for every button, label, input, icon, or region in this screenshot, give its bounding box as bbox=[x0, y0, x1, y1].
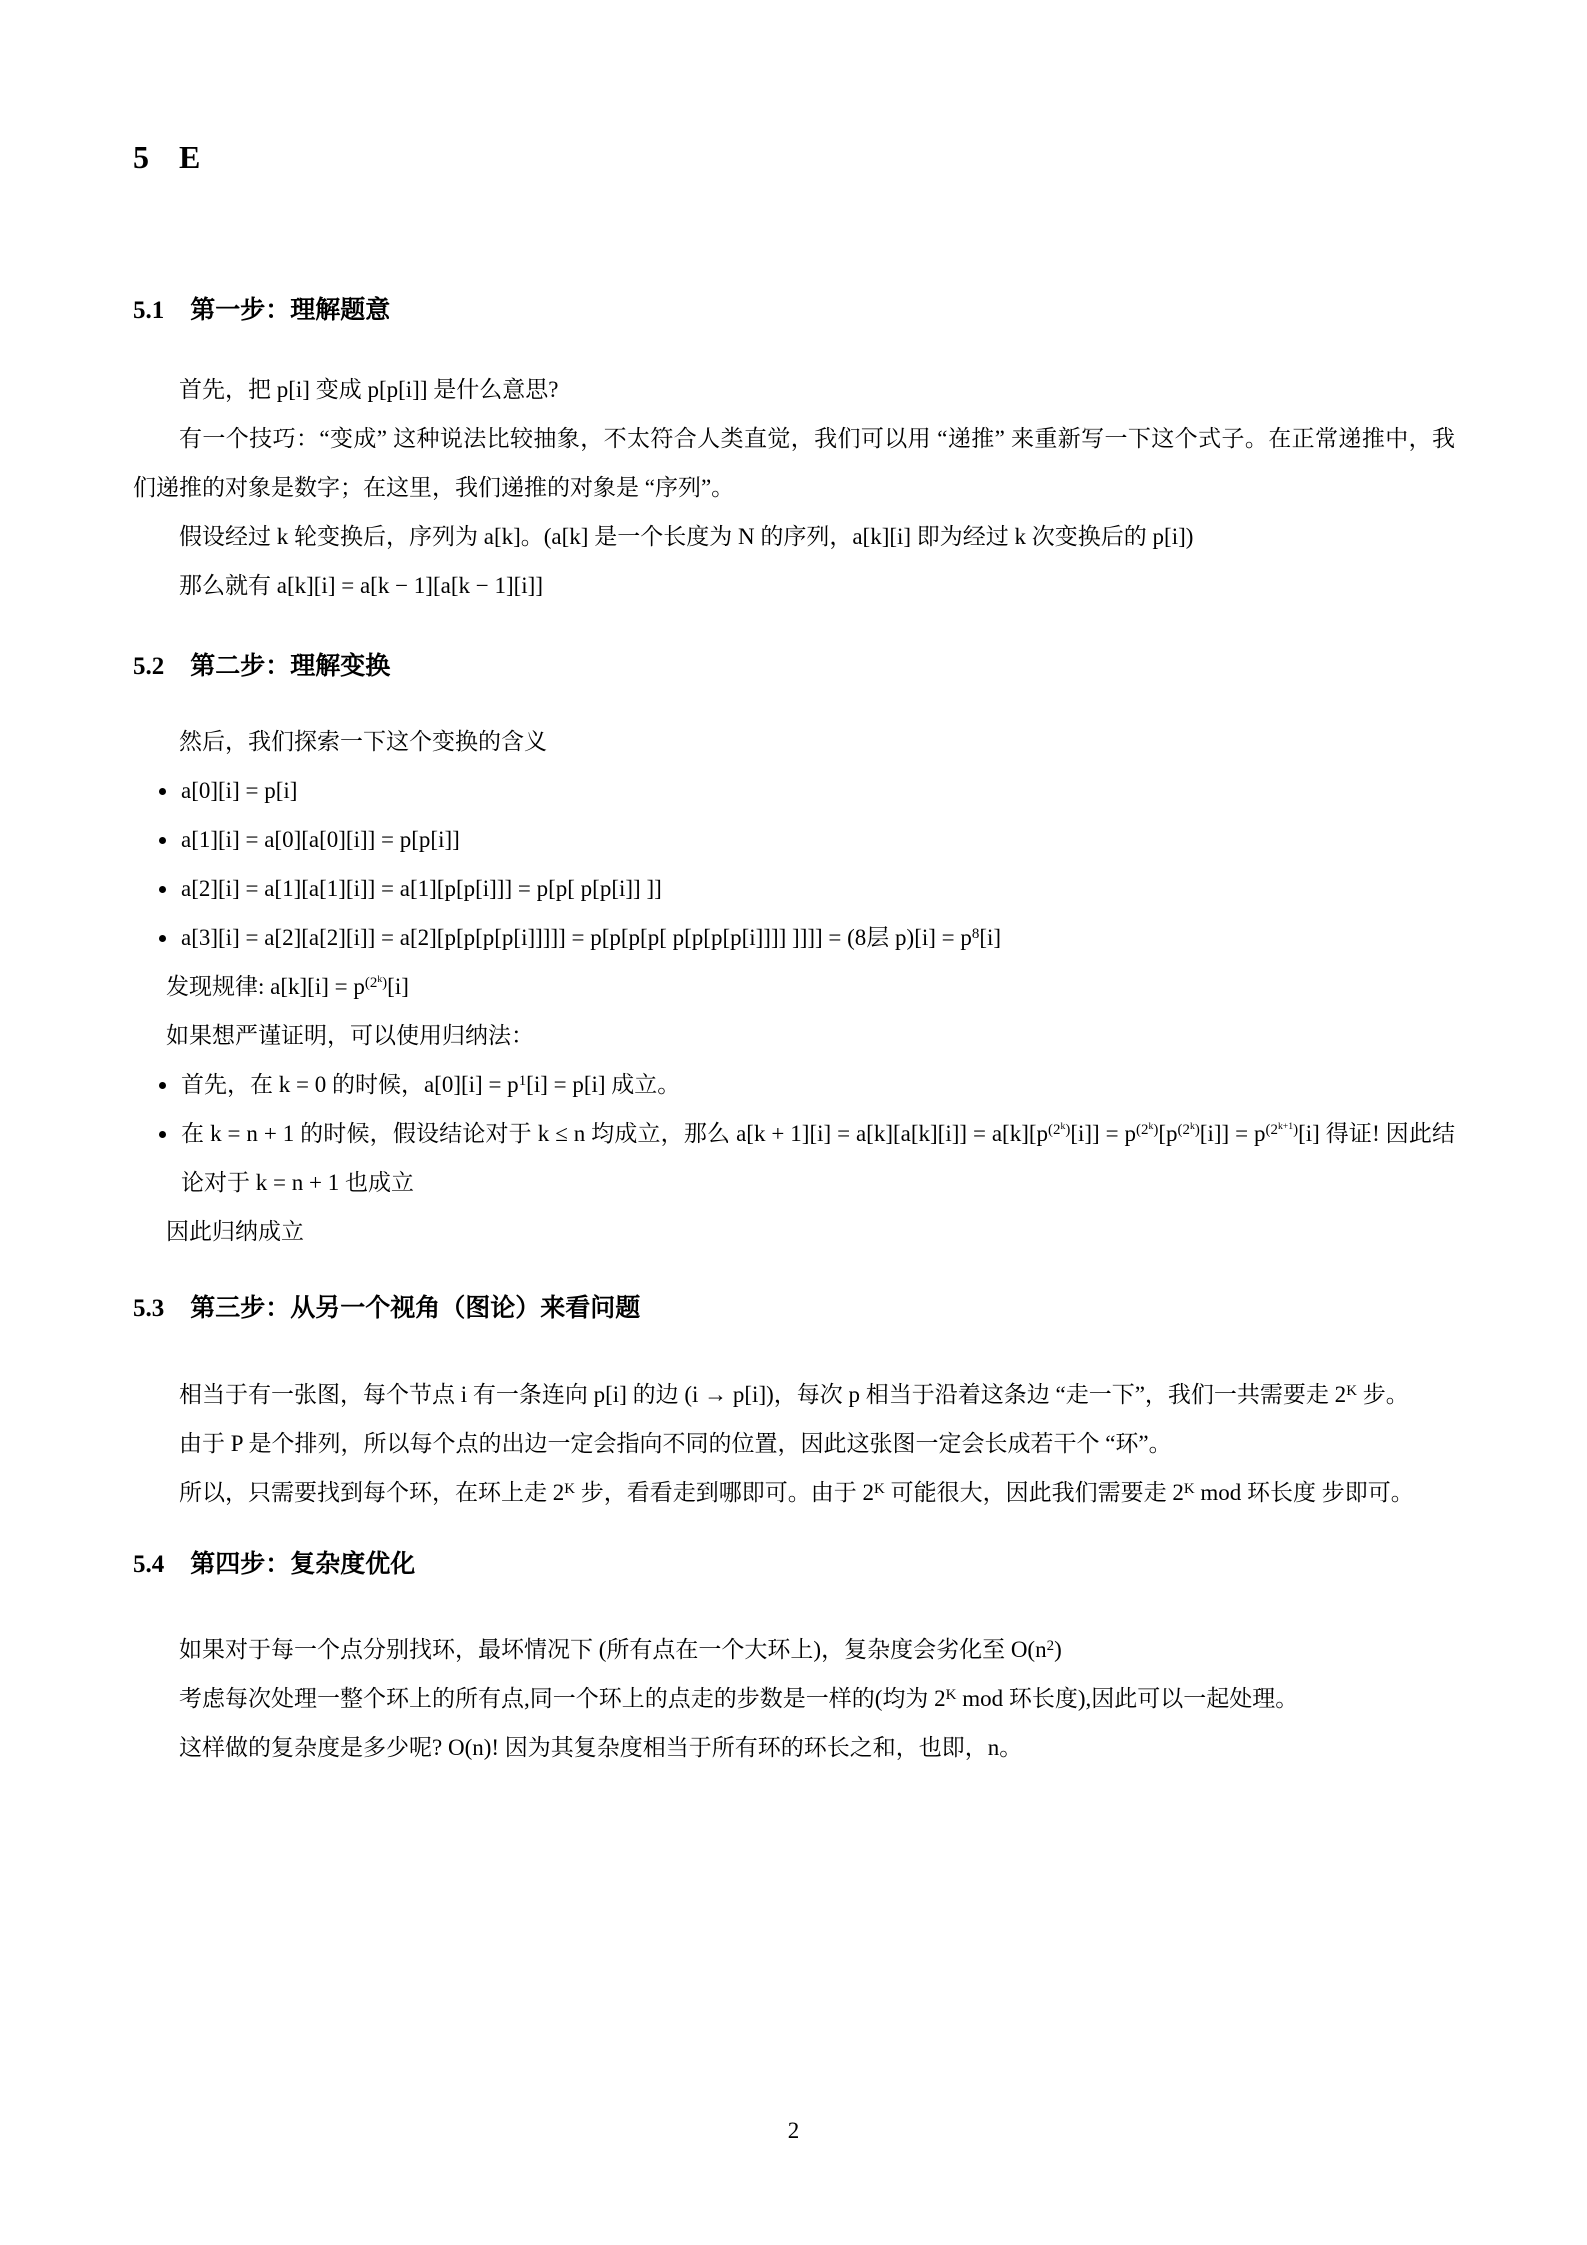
paragraph: 如果对于每一个点分别找环，最坏情况下 (所有点在一个大环上)，复杂度会劣化至 O… bbox=[133, 1625, 1455, 1674]
subsection-heading-5-3: 5.3第三步：从另一个视角（图论）来看问题 bbox=[133, 1292, 1455, 1326]
section-title: E bbox=[179, 139, 200, 175]
bullet-item: a[2][i] = a[1][a[1][i]] = a[1][p[p[i]]] … bbox=[179, 864, 1455, 913]
bullet-list: a[0][i] = p[i] a[1][i] = a[0][a[0][i]] =… bbox=[133, 766, 1455, 962]
paragraph: 所以，只需要找到每个环，在环上走 2K 步，看看走到哪即可。由于 2K 可能很大… bbox=[133, 1468, 1455, 1517]
subsection-number: 5.1 bbox=[133, 297, 164, 324]
paragraph: 假设经过 k 轮变换后，序列为 a[k]。(a[k] 是一个长度为 N 的序列，… bbox=[133, 512, 1455, 561]
paragraph: 然后，我们探索一下这个变换的含义 bbox=[133, 717, 1455, 766]
bullet-item: 首先，在 k = 0 的时候，a[0][i] = p1[i] = p[i] 成立… bbox=[179, 1060, 1455, 1109]
page-number: 2 bbox=[788, 2118, 800, 2143]
subsection-heading-5-2: 5.2第二步：理解变换 bbox=[133, 650, 1455, 684]
subsection-heading-5-1: 5.1第一步：理解题意 bbox=[133, 294, 1455, 328]
paragraph: 由于 P 是个排列，所以每个点的出边一定会指向不同的位置，因此这张图一定会长成若… bbox=[133, 1419, 1455, 1468]
paragraph: 有一个技巧：“变成” 这种说法比较抽象，不太符合人类直觉，我们可以用 “递推” … bbox=[133, 414, 1455, 512]
page: 5E 5.1第一步：理解题意 首先，把 p[i] 变成 p[p[i]] 是什么意… bbox=[0, 0, 1587, 2245]
bullet-list: 首先，在 k = 0 的时候，a[0][i] = p1[i] = p[i] 成立… bbox=[133, 1060, 1455, 1207]
paragraph: 如果想严谨证明，可以使用归纳法： bbox=[133, 1011, 1455, 1060]
paragraph: 发现规律: a[k][i] = p(2k)[i] bbox=[133, 962, 1455, 1011]
subsection-heading-5-4: 5.4第四步：复杂度优化 bbox=[133, 1548, 1455, 1582]
subsection-number: 5.4 bbox=[133, 1551, 164, 1578]
content: 5E 5.1第一步：理解题意 首先，把 p[i] 变成 p[p[i]] 是什么意… bbox=[133, 0, 1455, 1772]
subsection-number: 5.3 bbox=[133, 1295, 164, 1322]
bullet-item: a[0][i] = p[i] bbox=[179, 766, 1455, 815]
subsection-title: 第四步：复杂度优化 bbox=[190, 1551, 415, 1578]
paragraph: 考虑每次处理一整个环上的所有点,同一个环上的点走的步数是一样的(均为 2K mo… bbox=[133, 1674, 1455, 1723]
section-heading: 5E bbox=[133, 138, 1455, 176]
paragraph: 相当于有一张图，每个节点 i 有一条连向 p[i] 的边 (i → p[i])，… bbox=[133, 1370, 1455, 1419]
bullet-item: a[1][i] = a[0][a[0][i]] = p[p[i]] bbox=[179, 815, 1455, 864]
subsection-title: 第二步：理解变换 bbox=[190, 653, 390, 680]
page-number-footer: 2 bbox=[0, 2116, 1587, 2146]
paragraph: 首先，把 p[i] 变成 p[p[i]] 是什么意思? bbox=[133, 365, 1455, 414]
bullet-item: a[3][i] = a[2][a[2][i]] = a[2][p[p[p[p[i… bbox=[179, 913, 1455, 962]
section-number: 5 bbox=[133, 139, 149, 175]
paragraph: 因此归纳成立 bbox=[133, 1207, 1455, 1256]
paragraph: 这样做的复杂度是多少呢? O(n)! 因为其复杂度相当于所有环的环长之和，也即，… bbox=[133, 1723, 1455, 1772]
subsection-title: 第三步：从另一个视角（图论）来看问题 bbox=[190, 1295, 640, 1322]
subsection-number: 5.2 bbox=[133, 653, 164, 680]
bullet-item: 在 k = n + 1 的时候，假设结论对于 k ≤ n 均成立，那么 a[k … bbox=[179, 1109, 1455, 1207]
subsection-title: 第一步：理解题意 bbox=[190, 297, 390, 324]
paragraph: 那么就有 a[k][i] = a[k − 1][a[k − 1][i]] bbox=[133, 561, 1455, 610]
